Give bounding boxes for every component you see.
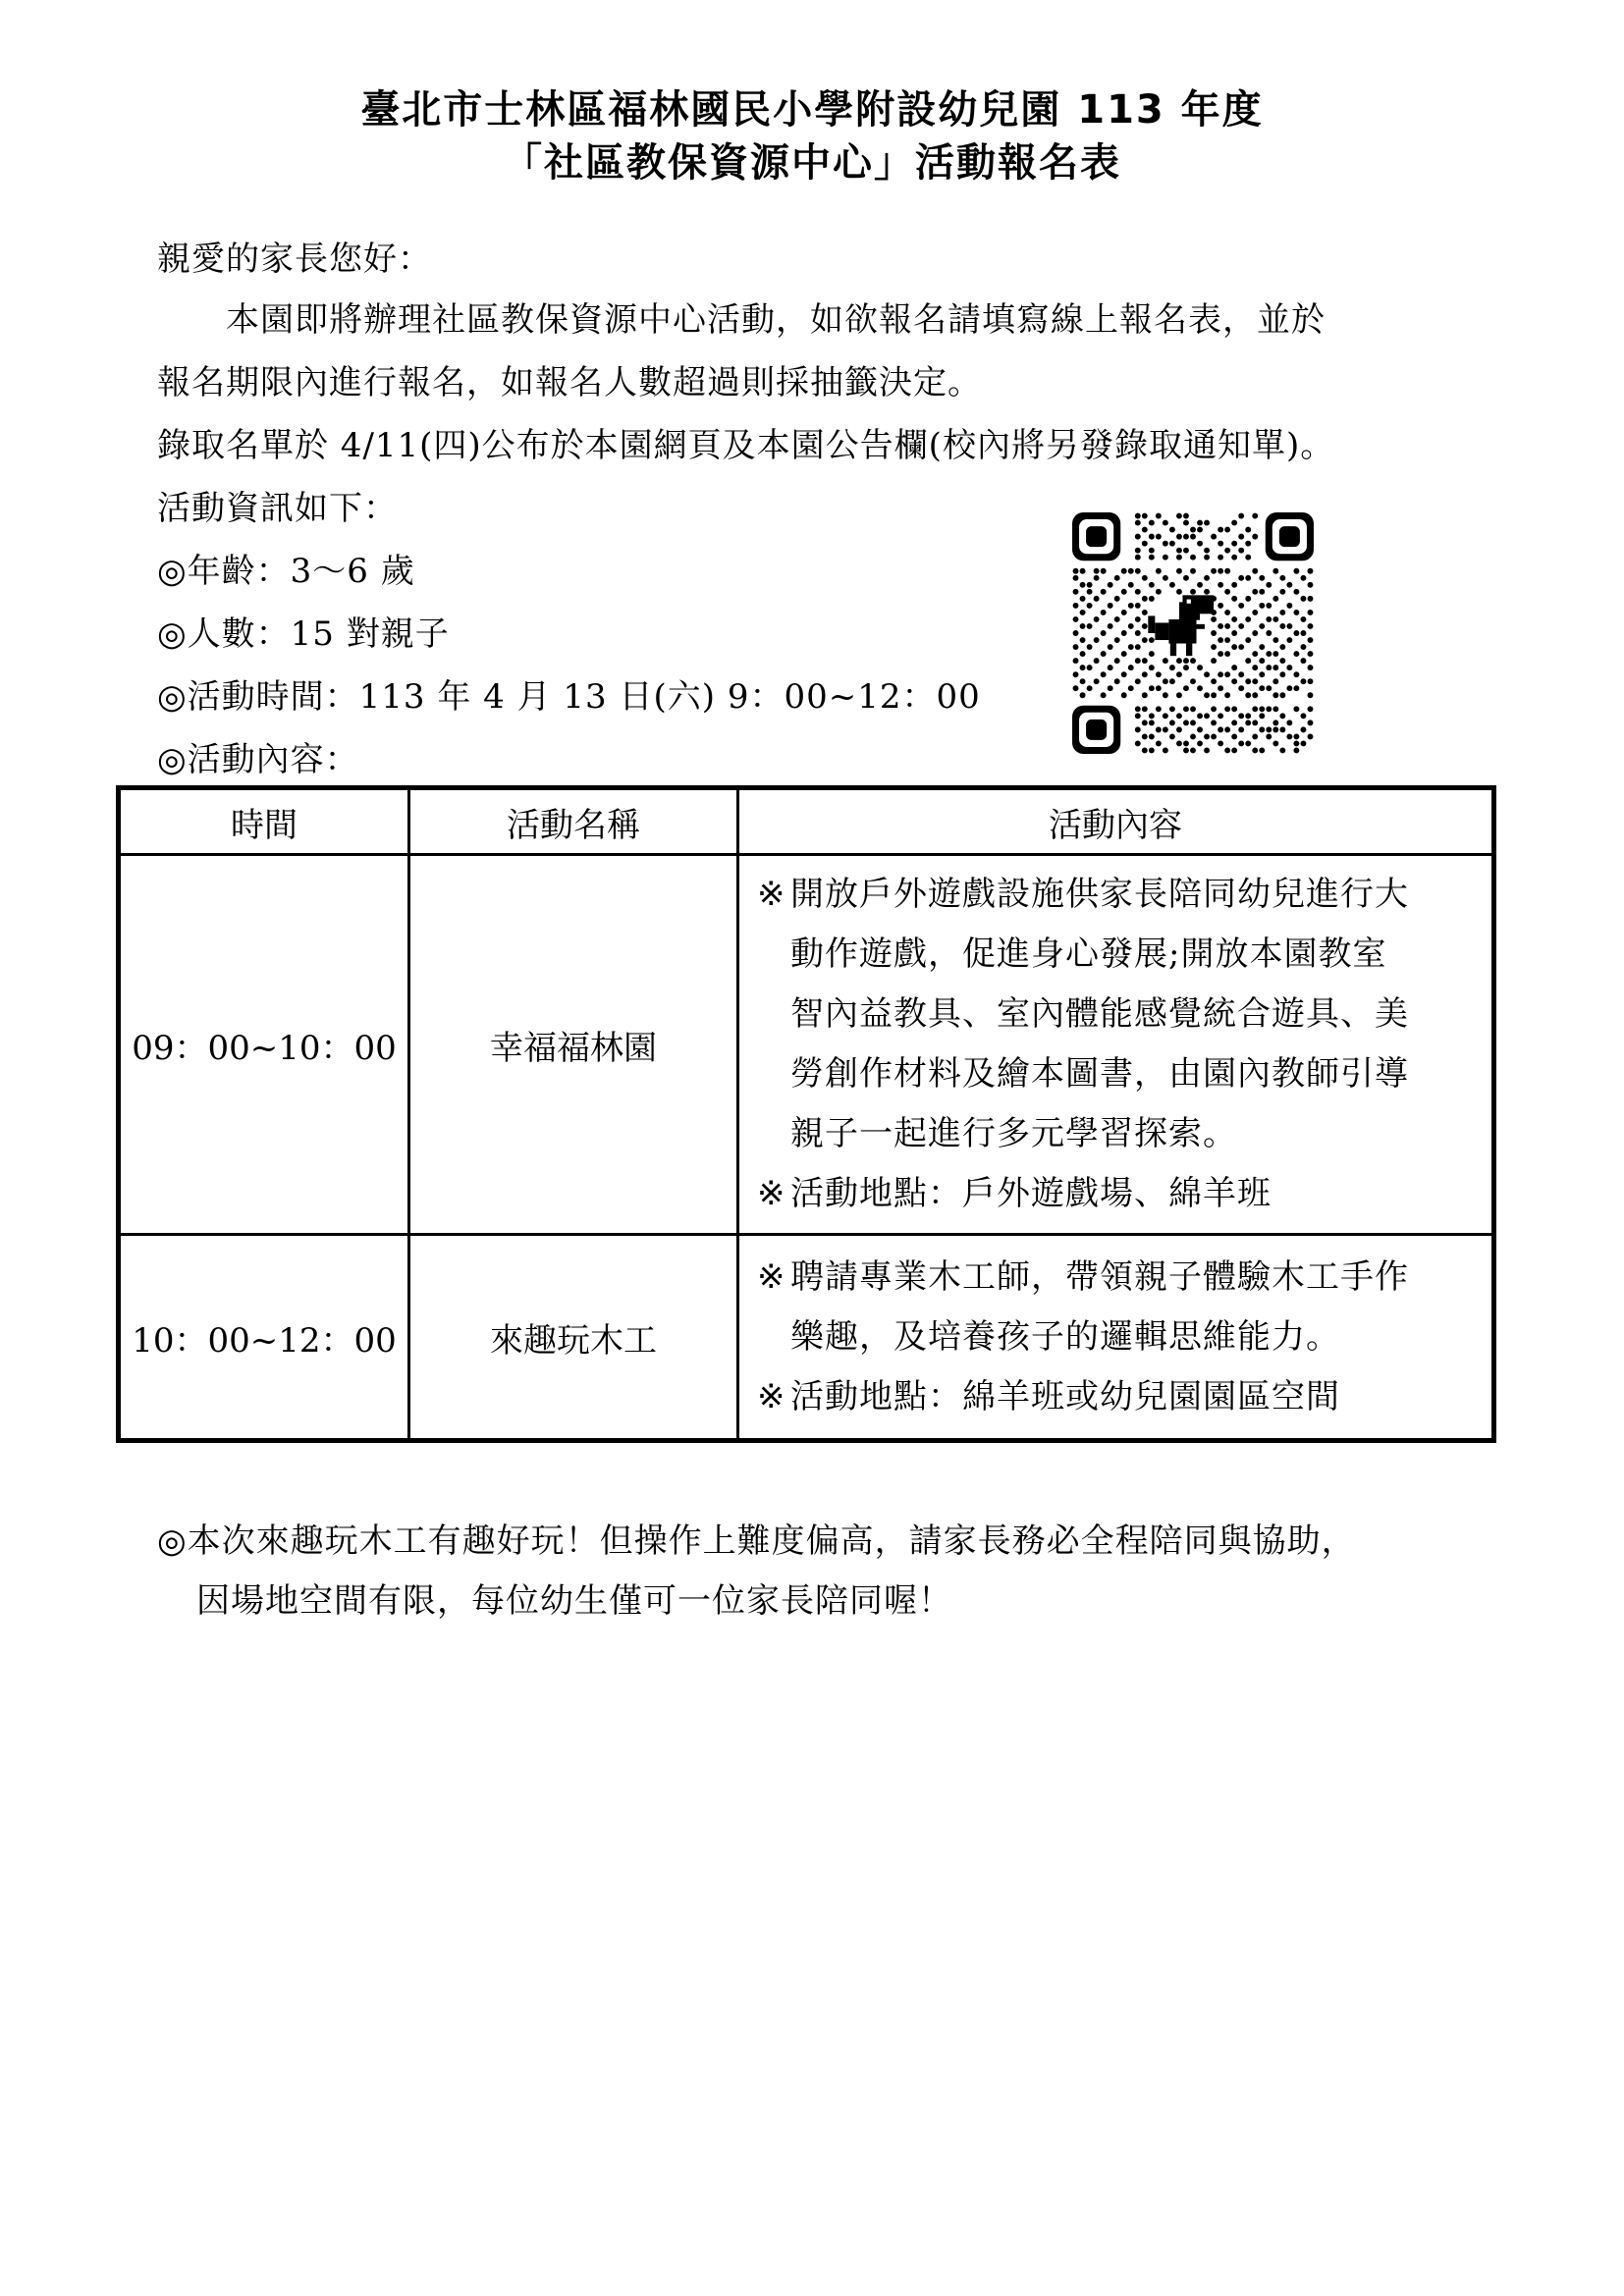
admission-notice: 錄取名單於 4/11(四)公布於本園網頁及本園公告欄(校內將另發錄取通知單)。 [157,424,1334,467]
column-header-activity-content: 活動內容 [738,788,1494,855]
reference-mark-icon: ※ [757,1248,790,1308]
page-title-line2: 「社區教保資源中心」活動報名表 [0,139,1624,187]
reference-mark-icon: ※ [757,1164,790,1224]
row-time: 10：00~12：00 [119,1235,409,1441]
row-activity-content: ※聘請專業木工師，帶領親子體驗木工手作 樂趣，及培養孩子的邏輯思維能力。 ※活動… [738,1235,1494,1441]
table-row: 10：00~12：00 來趣玩木工 ※聘請專業木工師，帶領親子體驗木工手作 樂趣… [119,1235,1494,1441]
info-time: ◎活動時間：113 年 4 月 13 日(六) 9：00~12：00 [157,675,981,719]
intro-paragraph-line2: 報名期限內進行報名，如報名人數超過則採抽籤決定。 [157,361,982,404]
reference-mark-icon: ※ [757,865,790,925]
row-activity-name: 幸福福林園 [409,855,738,1235]
location-item: ※活動地點：戶外遊戲場、綿羊班 [757,1164,1478,1224]
content-item: ※開放戶外遊戲設施供家長陪同幼兒進行大 [757,865,1478,925]
page-title-line1: 臺北市士林區福林國民小學附設幼兒園 113 年度 [0,86,1624,133]
footer-note-line1: ◎本次來趣玩木工有趣好玩！但操作上難度偏高，請家長務必全程陪同與協助， [157,1522,1356,1561]
content-item: ※聘請專業木工師，帶領親子體驗木工手作 [757,1248,1478,1308]
activity-schedule-table: 時間 活動名稱 活動內容 09：00~10：00 幸福福林園 ※開放戶外遊戲設施… [116,785,1496,1443]
footer-note: ◎本次來趣玩木工有趣好玩！但操作上難度偏高，請家長務必全程陪同與協助， 因場地空… [157,1512,1356,1631]
content-text: 勞創作材料及繪本圖書，由園內教師引導 [757,1044,1478,1104]
location-text: 活動地點：戶外遊戲場、綿羊班 [790,1174,1272,1213]
content-text: 開放戶外遊戲設施供家長陪同幼兒進行大 [790,875,1409,914]
info-heading: 活動資訊如下： [157,487,398,530]
reference-mark-icon: ※ [757,1367,790,1427]
info-age: ◎年齡：3～6 歲 [157,550,415,593]
footer-note-line2: 因場地空間有限，每位幼生僅可一位家長陪同喔！ [157,1572,1356,1631]
content-text: 聘請專業木工師，帶領親子體驗木工手作 [790,1257,1409,1297]
location-item: ※活動地點：綿羊班或幼兒園園區空間 [757,1367,1478,1427]
greeting: 親愛的家長您好： [157,238,432,281]
info-content-heading: ◎活動內容： [157,738,359,781]
qr-code-icon[interactable] [1065,506,1321,761]
column-header-time: 時間 [119,788,409,855]
content-text: 動作遊戲，促進身心發展;開放本園教室 [757,925,1478,985]
row-time: 09：00~10：00 [119,855,409,1235]
intro-paragraph-line1: 本園即將辦理社區教保資源中心活動，如欲報名請填寫線上報名表，並於 [157,298,1326,342]
table-header-row: 時間 活動名稱 活動內容 [119,788,1494,855]
row-activity-content: ※開放戶外遊戲設施供家長陪同幼兒進行大 動作遊戲，促進身心發展;開放本園教室 智… [738,855,1494,1235]
content-text: 智內益教具、室內體能感覺統合遊具、美 [757,985,1478,1044]
content-text: 樂趣，及培養孩子的邏輯思維能力。 [757,1308,1478,1367]
row-activity-name: 來趣玩木工 [409,1235,738,1441]
table-row: 09：00~10：00 幸福福林園 ※開放戶外遊戲設施供家長陪同幼兒進行大 動作… [119,855,1494,1235]
content-text: 親子一起進行多元學習探索。 [757,1104,1478,1164]
location-text: 活動地點：綿羊班或幼兒園園區空間 [790,1377,1340,1416]
info-capacity: ◎人數：15 對親子 [157,613,450,656]
column-header-activity-name: 活動名稱 [409,788,738,855]
